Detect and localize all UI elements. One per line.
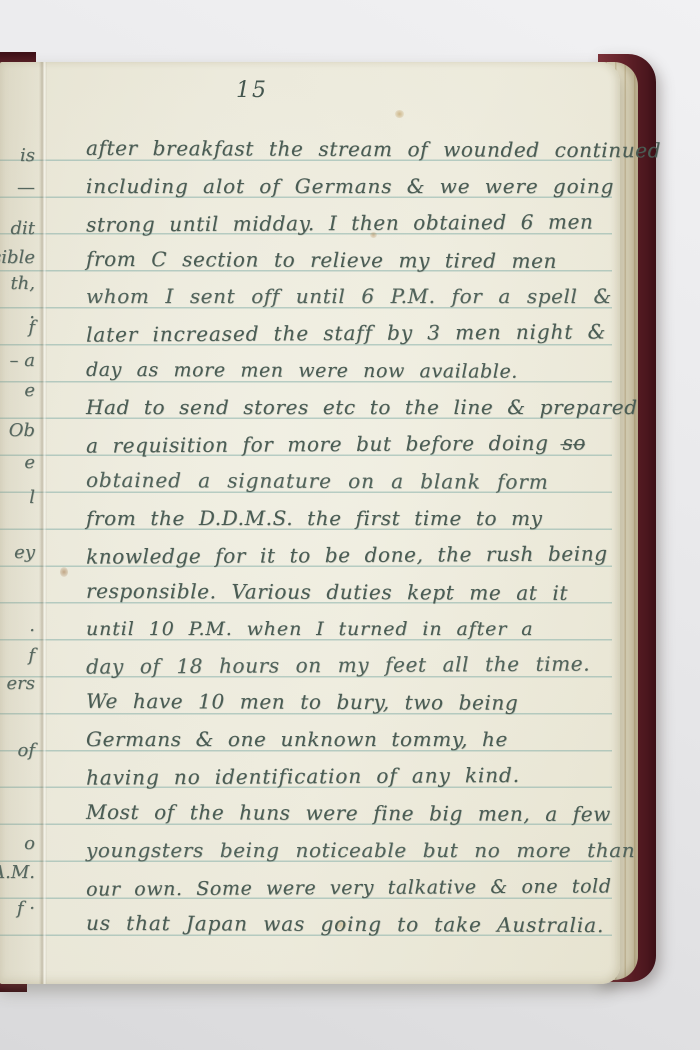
handwriting-line: whom I sent off until 6 P.M. for a spell… [86, 272, 618, 309]
handwriting-line: a requisition for more but before doing … [86, 418, 618, 458]
handwriting-line: We have 10 men to bury, two being [86, 676, 618, 715]
facing-page-fragment: l [29, 487, 35, 508]
handwriting-line: strong until midday. I then obtained 6 m… [86, 196, 618, 236]
handwriting-line: day of 18 hours on my feet all the time. [86, 639, 618, 679]
handwriting-line: from C section to relieve my tired men [86, 234, 618, 273]
facing-page-fragment: dit [10, 218, 35, 239]
handwriting-line: us that Japan was going to take Australi… [86, 898, 618, 937]
handwriting-line: until 10 P.M. when I turned in after a [86, 604, 618, 641]
handwriting-line: including alot of Germans & we were goin… [86, 161, 618, 198]
handwriting-line: youngsters being noticeable but no more … [86, 825, 618, 862]
facing-page-fragment: e [24, 452, 35, 473]
handwriting-line: day as more men were now available. [86, 344, 618, 383]
handwriting-line: having no identification of any kind. [86, 750, 618, 790]
handwriting-line: Most of the huns were fine big men, a fe… [86, 787, 618, 826]
facing-page-fragment: Ob [9, 420, 35, 441]
paper-stain [395, 110, 404, 118]
facing-page-fragment: ers [7, 673, 36, 694]
notebook-page: 15 after breakfast the stream of wounded… [0, 62, 620, 984]
handwriting-line: Had to send stores etc to the line & pre… [86, 382, 618, 419]
facing-page-fragment: th, [10, 273, 35, 294]
handwriting-line: later increased the staff by 3 men night… [86, 307, 618, 347]
handwriting-line: after breakfast the stream of wounded co… [86, 123, 618, 162]
facing-page-fragment: – a [10, 350, 35, 371]
paper-stain [60, 567, 68, 577]
facing-page-fragment: f · [17, 898, 35, 919]
facing-page-fragment: o [24, 833, 35, 854]
facing-page-fragment: — [17, 177, 35, 198]
facing-page-fragment: e [24, 380, 35, 401]
notebook-photo: 15 after breakfast the stream of wounded… [0, 0, 700, 1050]
handwriting-lines: after breakfast the stream of wounded co… [86, 124, 618, 936]
page-number: 15 [236, 78, 268, 103]
facing-page-fragment: f [28, 645, 35, 666]
handwriting-line: Germans & one unknown tommy, he [86, 714, 618, 751]
facing-page-fragment: of [18, 740, 36, 761]
handwriting-line: responsible. Various duties kept me at i… [86, 566, 618, 605]
facing-page-fragments: is—ditsibleth,.f– aeObeley.fersofoA.M.f … [0, 62, 38, 984]
facing-page-fragment: sible [0, 247, 35, 268]
handwriting-line: our own. Some were very talkative & one … [86, 860, 618, 900]
handwriting-line: knowledge for it to be done, the rush be… [86, 528, 618, 568]
facing-page-fragment: is [20, 145, 35, 166]
facing-page-fragment: . [29, 615, 35, 636]
facing-page-fragment: f [28, 317, 35, 338]
handwriting-line: from the D.D.M.S. the first time to my [86, 493, 618, 530]
cover-edge-bottom-left [0, 983, 27, 992]
handwriting-line: obtained a signature on a blank form [86, 455, 618, 494]
facing-page-fragment: ey [14, 542, 35, 563]
gutter-crease [39, 62, 47, 984]
facing-page-fragment: A.M. [0, 862, 35, 883]
